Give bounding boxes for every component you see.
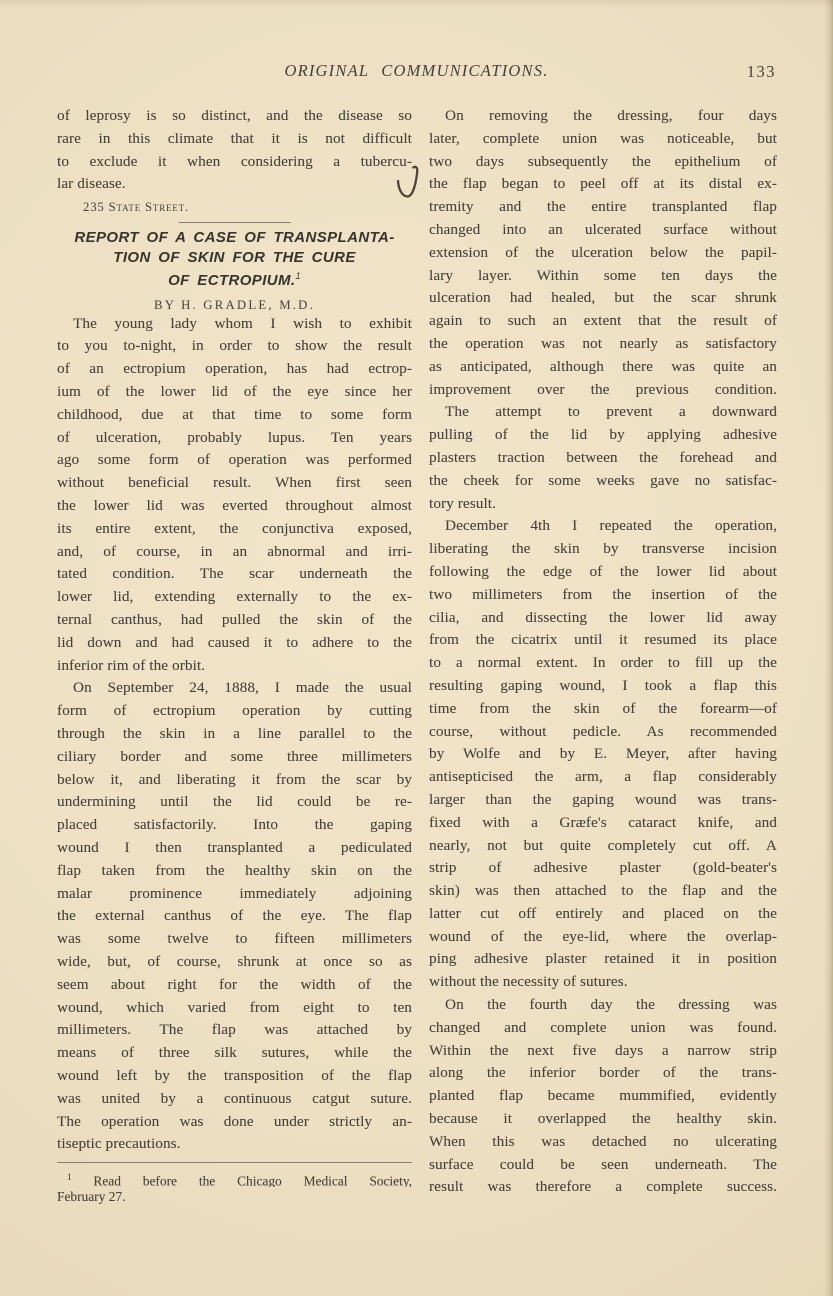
text-line: without beneficial result. When first se… (57, 472, 412, 495)
text-line: wide, but, of course, shrunk at once so … (57, 951, 412, 974)
page-header: ORIGINAL COMMUNICATIONS. 133 (0, 61, 833, 85)
text-line: On removing the dressing, four days (429, 105, 777, 128)
text-line: wound left by the transposition of the f… (57, 1065, 412, 1088)
footnote-marker: 1 (295, 271, 300, 281)
running-title: ORIGINAL COMMUNICATIONS. (0, 61, 833, 81)
text-line: ulceration had healed, but the scar shru… (429, 287, 777, 310)
author-address: 235 State Street. (57, 196, 412, 218)
text-line: following the edge of the lower lid abou… (429, 561, 777, 584)
page-top-shadow (0, 0, 833, 8)
text-line: The attempt to prevent a downward (429, 401, 777, 424)
text-line: to a normal extent. In order to fill up … (429, 652, 777, 675)
text-line: childhood, due at that time to some form (57, 404, 412, 427)
text-line: of leprosy is so distinct, and the disea… (57, 105, 412, 128)
text-line: The young lady whom I wish to exhibit (57, 313, 412, 336)
text-line: changed into an ulcerated surface withou… (429, 219, 777, 242)
text-line: to exclude it when considering a tubercu… (57, 151, 412, 174)
left-column: of leprosy is so distinct, and the disea… (57, 105, 412, 1207)
text-line: means of three silk sutures, while the (57, 1042, 412, 1065)
text-line: On September 24, 1888, I made the usual (57, 677, 412, 700)
text-line: the flap began to peel off at its distal… (429, 173, 777, 196)
text-line: antisepticised the arm, a flap considera… (429, 766, 777, 789)
text-line: ciliary border and some three millimeter… (57, 746, 412, 769)
text-line: because it overlapped the healthy skin. (429, 1108, 777, 1131)
footnote: 1 Read before the Chicago Medical Societ… (57, 1167, 412, 1207)
text-line: rare in this climate that it is not diff… (57, 128, 412, 151)
right-column: On removing the dressing, four dayslater… (429, 105, 777, 1199)
text-line: and, of course, in an abnormal and irri- (57, 541, 412, 564)
page-number: 133 (747, 62, 776, 82)
article-body-right: On removing the dressing, four dayslater… (429, 105, 777, 1199)
text-line: ternal canthus, had pulled the skin of t… (57, 609, 412, 632)
text-line: extension of the ulceration below the pa… (429, 242, 777, 265)
article-title-line: TION OF SKIN FOR THE CURE (57, 248, 412, 268)
text-line: When this was detached no ulcerating (429, 1131, 777, 1154)
text-line: undermining until the lid could be re- (57, 791, 412, 814)
section-divider-rule (179, 222, 291, 223)
text-line: its entire extent, the conjunctiva expos… (57, 518, 412, 541)
footnote-rule (57, 1162, 412, 1163)
footnote-line: 1 Read before the Chicago Medical Societ… (57, 1167, 412, 1187)
text-line: lid down and had caused it to adhere to … (57, 632, 412, 655)
text-line: seem about right for the width of the (57, 974, 412, 997)
text-line: again to such an extent that the result … (429, 310, 777, 333)
article-title-line: OF ECTROPIUM.1 (57, 267, 412, 291)
text-line: flap taken from the healthy skin on the (57, 860, 412, 883)
text-line: without the necessity of sutures. (429, 971, 777, 994)
text-line: tremity and the entire transplanted flap (429, 196, 777, 219)
text-line: lar disease. (57, 173, 412, 196)
text-line: two millimeters from the insertion of th… (429, 584, 777, 607)
text-line: On the fourth day the dressing was (429, 994, 777, 1017)
text-line: of an ectropium operation, has had ectro… (57, 358, 412, 381)
text-line: liberating the skin by transverse incisi… (429, 538, 777, 561)
text-line: inferior rim of the orbit. (57, 655, 412, 678)
text-line: skin) was then attached to the flap and … (429, 880, 777, 903)
text-line: surface could be seen underneath. The (429, 1154, 777, 1177)
text-line: Within the next five days a narrow strip (429, 1040, 777, 1063)
text-line: time from the skin of the forearm—of (429, 698, 777, 721)
byline: BY H. GRADLE, M.D. (57, 298, 412, 313)
text-line: tory result. (429, 493, 777, 516)
text-line: from the cicatrix until it resumed its p… (429, 629, 777, 652)
text-line: lary layer. Within some ten days the (429, 265, 777, 288)
text-line: December 4th I repeated the operation, (429, 515, 777, 538)
footnote-marker: 1 (67, 1172, 72, 1182)
text-line: along the inferior border of the trans- (429, 1062, 777, 1085)
text-line: result was therefore a complete success. (429, 1176, 777, 1199)
text-line: to you to-night, in order to show the re… (57, 335, 412, 358)
text-line: the operation was not nearly as satisfac… (429, 333, 777, 356)
text-line: latter cut off entirely and placed on th… (429, 903, 777, 926)
text-line: The operation was done under strictly an… (57, 1111, 412, 1134)
text-line: fixed with a Græfe's cataract knife, and (429, 812, 777, 835)
text-line: ago some form of operation was performed (57, 449, 412, 472)
text-line: changed and complete union was found. (429, 1017, 777, 1040)
footnote-line: February 27. (57, 1187, 412, 1207)
text-line: nearly, not but quite completely cut off… (429, 835, 777, 858)
text-line: pulling of the lid by applying adhesive (429, 424, 777, 447)
text-line: improvement over the previous condition. (429, 379, 777, 402)
text-line: ping adhesive plaster retained it in pos… (429, 948, 777, 971)
text-line: larger than the gaping wound was trans- (429, 789, 777, 812)
page-edge-shadow (824, 0, 833, 1296)
text-line: wound I then transplanted a pediculated (57, 837, 412, 860)
text-line: malar prominence immediately adjoining (57, 883, 412, 906)
text-line: wound, which varied from eight to ten (57, 997, 412, 1020)
text-line: lower lid, extending externally to the e… (57, 586, 412, 609)
text-line: resulting gaping wound, I took a flap th… (429, 675, 777, 698)
article-body-left: The young lady whom I wish to exhibitto … (57, 313, 412, 1156)
text-line: wound of the eye-lid, where the overlap- (429, 926, 777, 949)
text-line: ium of the lower lid of the eye since he… (57, 381, 412, 404)
text-line: the external canthus of the eye. The fla… (57, 905, 412, 928)
text-line: course, without pedicle. As recommended (429, 721, 777, 744)
text-line: planted flap became mummified, evidently (429, 1085, 777, 1108)
text-line: through the skin in a line parallel to t… (57, 723, 412, 746)
text-line: was some twelve to fifteen millimeters (57, 928, 412, 951)
intro-paragraph: of leprosy is so distinct, and the disea… (57, 105, 412, 196)
text-line: strip of adhesive plaster (gold-beater's (429, 857, 777, 880)
text-line: as anticipated, although there was quite… (429, 356, 777, 379)
text-line: placed satisfactorily. Into the gaping (57, 814, 412, 837)
article-title: REPORT OF A CASE OF TRANSPLANTA- TION OF… (57, 228, 412, 291)
text-line: by Wolfe and by E. Meyer, after having (429, 743, 777, 766)
text-line: cilia, and dissecting the lower lid away (429, 607, 777, 630)
article-title-line: REPORT OF A CASE OF TRANSPLANTA- (57, 228, 412, 248)
text-line: later, complete union was noticeable, bu… (429, 128, 777, 151)
text-line: was united by a continuous catgut suture… (57, 1088, 412, 1111)
text-line: the lower lid was everted throughout alm… (57, 495, 412, 518)
text-line: tated condition. The scar underneath the (57, 563, 412, 586)
text-line: the cheek for some weeks gave no satisfa… (429, 470, 777, 493)
text-line: form of ectropium operation by cutting (57, 700, 412, 723)
text-line: below it, and liberating it from the sca… (57, 769, 412, 792)
text-line: tiseptic precautions. (57, 1133, 412, 1156)
text-line: plasters traction between the forehead a… (429, 447, 777, 470)
text-line: two days subsequently the epithelium of (429, 151, 777, 174)
journal-page: ORIGINAL COMMUNICATIONS. 133 of leprosy … (0, 0, 833, 1296)
text-line: millimeters. The flap was attached by (57, 1019, 412, 1042)
text-line: of ulceration, probably lupus. Ten years (57, 427, 412, 450)
